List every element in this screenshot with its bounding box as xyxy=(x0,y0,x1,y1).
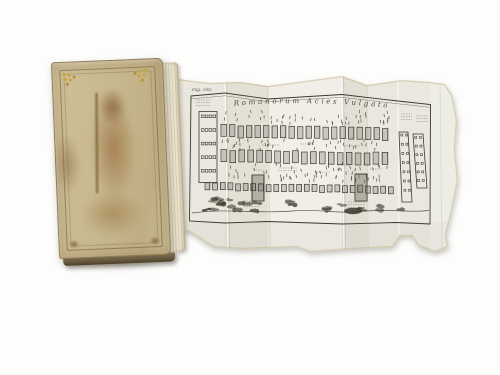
infantry-block xyxy=(221,150,227,162)
infantry-block xyxy=(230,151,236,163)
gilt-corner-ornament xyxy=(62,73,65,76)
bush-clump xyxy=(379,205,384,208)
infantry-block xyxy=(319,152,325,164)
bush-clump xyxy=(343,204,348,206)
infantry-block xyxy=(312,184,317,191)
infantry-block xyxy=(293,151,299,163)
infantry-block xyxy=(304,184,309,191)
infantry-block xyxy=(350,185,355,192)
infantry-block xyxy=(297,184,302,191)
infantry-block xyxy=(383,129,388,141)
corner-ornament-stamp xyxy=(68,239,79,248)
bush-clump xyxy=(208,208,211,210)
bush-clump xyxy=(213,198,218,201)
infantry-block xyxy=(340,127,345,139)
figure-head xyxy=(359,110,360,111)
bush-clump xyxy=(292,203,297,207)
infantry-block xyxy=(238,126,243,138)
infantry-block xyxy=(275,151,281,163)
bush-clump xyxy=(256,209,259,213)
infantry-block xyxy=(266,151,272,163)
infantry-block xyxy=(388,187,393,194)
infantry-block xyxy=(335,185,340,192)
infantry-block xyxy=(264,126,269,138)
infantry-block xyxy=(323,127,328,139)
tower-block-right xyxy=(355,174,367,201)
infantry-block xyxy=(357,127,362,139)
bush-clump xyxy=(289,201,295,203)
bush-clump xyxy=(237,208,242,213)
corner-ornament-stamp xyxy=(149,236,160,245)
tower-block-left xyxy=(252,175,264,201)
infantry-block xyxy=(382,152,388,164)
infantry-block xyxy=(220,183,225,190)
bush-clump xyxy=(399,207,405,211)
bush-clump xyxy=(360,207,365,209)
infantry-block xyxy=(315,126,320,138)
infantry-block xyxy=(332,127,337,139)
photograph-background: Pag. 160. Romanorum Acies Vulgata xyxy=(0,0,500,375)
infantry-block xyxy=(343,186,348,193)
infantry-block xyxy=(205,183,210,190)
infantry-block xyxy=(228,183,233,190)
infantry-block xyxy=(302,152,308,164)
bush-clump xyxy=(361,209,367,211)
gilt-corner-ornament xyxy=(143,68,146,71)
infantry-block xyxy=(346,152,352,164)
book xyxy=(51,58,171,260)
infantry-block xyxy=(257,150,263,162)
bush-clump xyxy=(246,202,253,206)
page-number-label: Pag. 160. xyxy=(191,88,212,93)
figure-head xyxy=(345,122,346,123)
infantry-block xyxy=(327,185,332,192)
bush-clump xyxy=(241,201,244,205)
infantry-block xyxy=(298,127,303,139)
infantry-block xyxy=(328,152,334,164)
infantry-block xyxy=(248,150,254,162)
infantry-block xyxy=(255,126,260,138)
infantry-block xyxy=(266,185,271,192)
infantry-block xyxy=(374,128,379,140)
infantry-block xyxy=(239,150,245,162)
bush-clump xyxy=(213,208,220,210)
infantry-block xyxy=(373,152,379,164)
bush-clump xyxy=(378,208,385,213)
book-front-cover xyxy=(51,58,171,260)
infantry-block xyxy=(320,186,325,193)
figure-head xyxy=(387,120,388,121)
infantry-block xyxy=(364,153,370,165)
infantry-block xyxy=(355,153,361,165)
infantry-block xyxy=(289,126,294,138)
infantry-block xyxy=(349,127,354,139)
bush-clump xyxy=(257,202,263,205)
infantry-block xyxy=(281,126,286,138)
infantry-block xyxy=(272,126,277,138)
infantry-block xyxy=(221,124,226,136)
bush-clump xyxy=(220,201,227,205)
infantry-block xyxy=(230,125,235,137)
infantry-block xyxy=(236,184,241,191)
figure-head xyxy=(351,176,352,177)
infantry-block xyxy=(274,185,279,192)
infantry-block xyxy=(306,126,311,138)
bush xyxy=(210,197,218,201)
infantry-block xyxy=(243,184,248,191)
infantry-block xyxy=(281,185,286,192)
figure-head xyxy=(338,141,339,142)
bush-clump xyxy=(228,199,233,201)
figure-head xyxy=(379,175,380,176)
infantry-block xyxy=(284,152,290,164)
infantry-block xyxy=(213,183,218,190)
bush-clump xyxy=(327,206,332,209)
infantry-block xyxy=(247,126,252,138)
infantry-block xyxy=(381,186,386,193)
infantry-block xyxy=(366,128,371,140)
infantry-block xyxy=(311,152,317,164)
cover-stain-staff xyxy=(95,93,99,194)
infantry-block xyxy=(373,187,378,194)
figure-head xyxy=(373,176,374,177)
infantry-block xyxy=(289,184,294,191)
